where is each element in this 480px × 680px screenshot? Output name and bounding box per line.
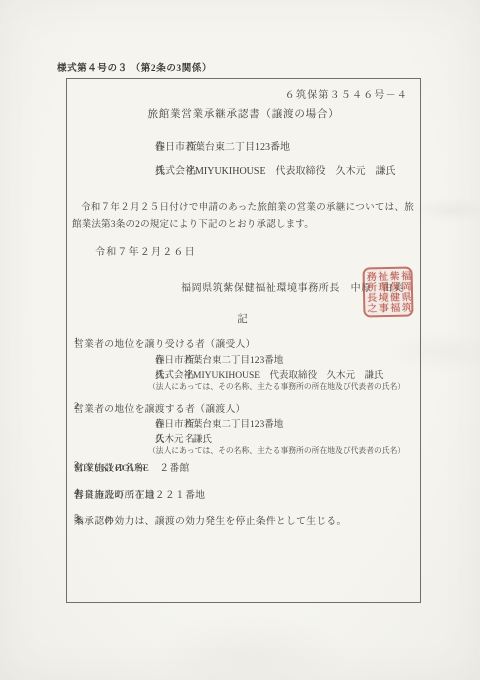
facility-name-value: MIYUKI HOUSE ２番館 <box>74 460 190 474</box>
name-value: 株式会社MIYUKIHOUSE 代表取締役 久木元 謙氏 <box>155 367 384 381</box>
document-border-box: ６筑保第３５４６号－４ 旅館業営業承継承認書（譲渡の場合） 住 所 春日市若葉台… <box>66 78 421 603</box>
recipient-address-value: 春日市若葉台東二丁目123番地 <box>155 138 290 153</box>
scanned-document-sheet: 様式第４号の３ （第2条の3関係） ６筑保第３５４６号－４ 旅館業営業承継承認書… <box>0 0 480 680</box>
address-value: 春日市若葉台東二丁目123番地 <box>155 352 283 366</box>
document-title: 旅館業営業承継承認書（譲渡の場合） <box>67 106 420 121</box>
item-heading: 営業者の地位を譲り受ける者（譲受人） <box>74 336 256 350</box>
name-value: 久木元 謙氏 <box>155 431 212 445</box>
form-style-label: 様式第４号の３ （第2条の3関係） <box>57 60 212 74</box>
official-seal-stamp-icon: 福岡県筑紫保健福祉環境事務所長之印 <box>362 266 413 317</box>
item-heading: 営業者の地位を譲渡する者（譲渡人） <box>74 401 246 415</box>
issue-date: 令和７年２月２６日 <box>95 243 196 258</box>
recipient-name-value: 株式会社MIYUKIHOUSE 代表取締役 久木元 謙氏 <box>155 162 396 177</box>
document-number: ６筑保第３５４６号－４ <box>285 86 408 101</box>
item-2-corporate-note: （法人にあっては、その名称、主たる事務所の所在地及び代表者の氏名） <box>148 445 405 456</box>
approval-body-paragraph: 令和７年２月２５日付けで申請のあった旅館業の営業の承継については、旅館業法第3条… <box>72 200 414 233</box>
address-value: 春日市若葉台東二丁目123番地 <box>155 416 283 430</box>
conditions-value: 本承認の効力は、譲渡の効力発生を停止条件として生じる。 <box>74 513 347 527</box>
item-1-corporate-note: （法人にあっては、その名称、主たる事務所の所在地及び代表者の氏名） <box>148 381 405 392</box>
record-marker: 記 <box>67 311 420 326</box>
facility-location-value: 春日市光町二丁目２２１番地 <box>74 487 205 501</box>
